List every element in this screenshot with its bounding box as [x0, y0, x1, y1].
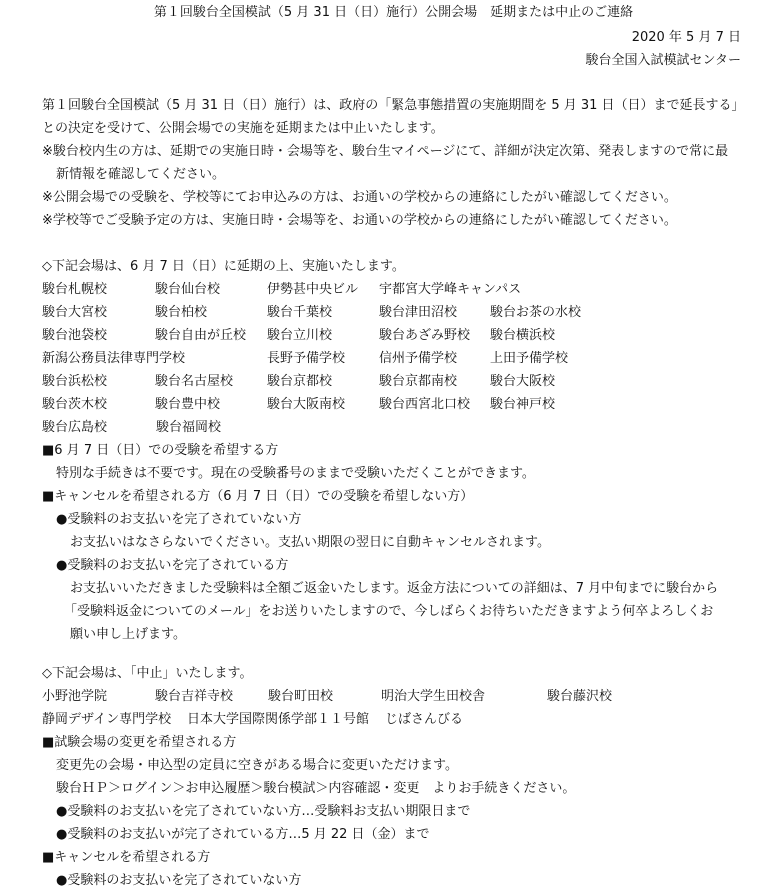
change-venue-heading: ■試験会場の変更を希望される方: [42, 733, 236, 753]
note-internal-students-2: 新情報を確認してください。: [56, 165, 225, 185]
venue-item: 駿台お茶の水校: [490, 303, 581, 323]
venue-item: 駿台神戸校: [490, 395, 555, 415]
document-issuer: 駿台全国入試模試センター: [586, 51, 741, 71]
venue-item: 駿台吉祥寺校: [155, 687, 233, 707]
note-internal-students-1: ※駿台校内生の方は、延期での実施日時・会場等を、駿台生マイページにて、詳細が決定…: [42, 142, 728, 162]
venue-item: 信州予備学校: [379, 349, 457, 369]
note-school-exams: ※学校等でご受験予定の方は、実施日時・会場等を、お通いの学校からの連絡にしたがい…: [42, 211, 677, 231]
venue-item: じばさんびる: [385, 710, 463, 730]
section-take-exam-heading: ■6 月 7 日（日）での受験を希望する方: [42, 441, 278, 461]
venue-item: 駿台池袋校: [42, 326, 107, 346]
venue-item: 新潟公務員法律専門学校: [42, 349, 185, 369]
venue-item: 駿台千葉校: [267, 303, 332, 323]
document-date: 2020 年 5 月 7 日: [632, 28, 741, 48]
note-school-applicants: ※公開会場での受験を、学校等にてお申込みの方は、お通いの学校からの連絡にしたがい…: [42, 188, 677, 208]
venue-item: 駿台福岡校: [156, 418, 221, 438]
venue-item: 駿台自由が丘校: [155, 326, 246, 346]
venue-item: 明治大学生田校舎: [381, 687, 485, 707]
paid-body-2: 「受験料返金についてのメール」をお送りいたしますので、今しばらくお待ちいただきま…: [64, 602, 713, 622]
venue-item: 駿台藤沢校: [547, 687, 612, 707]
venue-item: 静岡デザイン専門学校: [42, 710, 171, 730]
venue-item: 駿台津田沼校: [379, 303, 457, 323]
document-title: 第１回駿台全国模試（5 月 31 日（日）施行）公開会場 延期または中止のご連絡: [0, 3, 783, 23]
unpaid-heading: ●受験料のお支払いを完了されていない方: [56, 510, 301, 530]
postponed-heading: ◇下記会場は、6 月 7 日（日）に延期の上、実施いたします。: [42, 257, 405, 277]
intro-line-2: との決定を受けて、公開会場での実施を延期または中止いたします。: [42, 119, 444, 139]
venue-item: 小野池学院: [42, 687, 107, 707]
venue-item: 長野予備学校: [267, 349, 345, 369]
section-cancel-heading: ■キャンセルを希望される方（6 月 7 日（日）での受験を希望しない方）: [42, 487, 473, 507]
cancelled-heading: ◇下記会場は、「中止」いたします。: [42, 664, 252, 684]
venue-item: 駿台立川校: [267, 326, 332, 346]
change-venue-body-2: 駿台ＨＰ＞ログイン＞お申込履歴＞駿台模試＞内容確認・変更 よりお手続きください。: [56, 779, 575, 799]
venue-item: 日本大学国際関係学部１１号館: [187, 710, 369, 730]
change-venue-paid: ●受験料のお支払いが完了されている方…5 月 22 日（金）まで: [56, 825, 430, 845]
venue-item: 駿台大阪校: [490, 372, 555, 392]
venue-item: 伊勢甚中央ビル: [267, 280, 358, 300]
venue-item: 上田予備学校: [490, 349, 568, 369]
venue-item: 駿台札幌校: [42, 280, 107, 300]
venue-item: 駿台仙台校: [155, 280, 220, 300]
section-take-exam-body: 特別な手続きは不要です。現在の受験番号のままで受験いただくことができます。: [56, 464, 535, 484]
venue-item: 駿台柏校: [155, 303, 207, 323]
venue-item: 駿台西宮北口校: [379, 395, 470, 415]
venue-item: 駿台町田校: [268, 687, 333, 707]
cancel-unpaid: ●受験料のお支払いを完了されていない方: [56, 871, 301, 890]
intro-line-1: 第１回駿台全国模試（5 月 31 日（日）施行）は、政府の「緊急事態措置の実施期…: [42, 96, 745, 116]
venue-item: 駿台浜松校: [42, 372, 107, 392]
venue-item: 駿台大阪南校: [267, 395, 345, 415]
venue-item: 駿台豊中校: [155, 395, 220, 415]
venue-item: 駿台名古屋校: [155, 372, 233, 392]
change-venue-body-1: 変更先の会場・申込型の定員に空きがある場合に変更いただけます。: [56, 756, 458, 776]
venue-item: 宇都宮大学峰キャンパス: [379, 280, 521, 300]
paid-body-3: 願い申し上げます。: [70, 625, 186, 645]
unpaid-body: お支払いはなさらないでください。支払い期限の翌日に自動キャンセルされます。: [70, 533, 550, 553]
venue-item: 駿台大宮校: [42, 303, 107, 323]
paid-body-1: お支払いいただきました受験料は全額ご返金いたします。返金方法についての詳細は、7…: [70, 579, 718, 599]
change-venue-unpaid: ●受験料のお支払いを完了されていない方…受験料お支払い期限日まで: [56, 802, 470, 822]
cancel-heading: ■キャンセルを希望される方: [42, 848, 210, 868]
venue-item: 駿台広島校: [42, 418, 107, 438]
venue-item: 駿台京都南校: [379, 372, 457, 392]
venue-item: 駿台あざみ野校: [379, 326, 470, 346]
paid-heading: ●受験料のお支払いを完了されている方: [56, 556, 288, 576]
venue-item: 駿台京都校: [267, 372, 332, 392]
venue-item: 駿台茨木校: [42, 395, 107, 415]
venue-item: 駿台横浜校: [490, 326, 555, 346]
